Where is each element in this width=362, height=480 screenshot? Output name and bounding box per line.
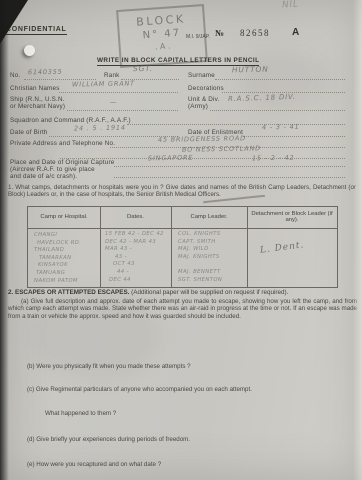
date-entry: 15 FEB 42 - DEC 42 <box>105 231 164 239</box>
camp-entry: TAMUANG <box>36 270 81 278</box>
question-2c-text: (c) Give Regimental particulars of anyon… <box>27 386 347 393</box>
leader-entry: MAJ. BENNETT <box>178 269 222 277</box>
unit-line <box>210 103 345 111</box>
serial-number-symbol: № <box>215 28 224 38</box>
ship-line <box>67 103 178 111</box>
camp-entry: CHANGI <box>34 232 81 240</box>
christian-names-value: WILLIAM GRANT <box>72 80 135 88</box>
column-header-block-leader: Detachment or Block Leader (if any). <box>249 211 335 224</box>
leader-entry: COL. KNIGHTS <box>178 231 222 239</box>
decorations-line <box>222 85 345 93</box>
punch-hole <box>24 45 35 56</box>
capture-place-value: SINGAPORE <box>148 155 193 163</box>
leader-entry: MAJ. KNIGHTS <box>178 254 222 262</box>
form-reference: M.I. 9/JAP. <box>186 34 210 40</box>
table-column-divider <box>247 207 248 287</box>
table-header-divider <box>28 228 337 229</box>
column-header-camp: Camp or Hospital. <box>28 214 100 220</box>
confidential-label: CONFIDENTIAL <box>6 26 67 35</box>
unit-label-2: (Army) <box>188 103 208 110</box>
decorations-label: Decorations <box>188 85 224 92</box>
capture-label: Place and Date of Original Capture <box>10 159 114 166</box>
question-2d-text: (d) Give briefly your experiences during… <box>27 436 347 443</box>
date-entry: 44 - <box>117 269 164 277</box>
camp-entry: NAKOM PATOM <box>34 278 81 286</box>
question-2-note: (Additional paper will be supplied on re… <box>129 289 288 296</box>
question-2a-text: (a) Give full description and approx. da… <box>8 298 357 320</box>
surname-label: Surname <box>188 72 215 79</box>
leader-entry: MAJ. WILD <box>178 246 222 254</box>
column-header-dates: Dates. <box>100 214 171 220</box>
unit-label: Unit & Div. <box>188 96 219 103</box>
date-of-birth-label: Date of Birth <box>10 129 48 136</box>
enlistment-value: 4 - 3 - 41 <box>262 124 300 132</box>
ship-value: — <box>110 99 117 106</box>
capture-line-2 <box>114 170 345 178</box>
page-edge-highlight <box>353 0 362 480</box>
question-2e-text: (e) How were you recaptured and on what … <box>27 461 347 468</box>
leader-entry: SGT. SHENTON <box>178 277 222 285</box>
camp-entries: CHANGI HAVELOCK RD. THAILAND TAMARKAN KI… <box>34 232 81 285</box>
camp-entry: THAILAND <box>34 247 81 255</box>
document-page: CONFIDENTIAL BLOCK N° 47 . A . M.I. 9/JA… <box>0 0 362 480</box>
no-value: 6140355 <box>28 69 63 77</box>
squadron-line <box>127 117 345 125</box>
pencil-nil-note: NIL <box>282 1 299 9</box>
date-entry: MAR 43 - <box>105 246 164 254</box>
scanned-document-photo: CONFIDENTIAL BLOCK N° 47 . A . M.I. 9/JA… <box>0 0 362 480</box>
camp-entry: KINSAYOK <box>38 262 81 270</box>
question-2b-text: (b) Were you physically fit when you mad… <box>27 363 347 370</box>
question-1-text: 1. What camps, detachments or hospitals … <box>8 184 356 199</box>
date-of-birth-value: 24 . 5 . 1914 <box>74 125 126 133</box>
question-2-heading: 2. ESCAPES OR ATTEMPTED ESCAPES. <box>8 289 129 296</box>
capture-label-2: (Aircrew R.A.F. to give place <box>10 166 95 173</box>
no-label: No. <box>10 72 20 79</box>
ship-label: Ship (R.N., U.S.N. <box>10 96 65 103</box>
serial-letter: A <box>292 27 299 38</box>
leader-entry <box>178 261 222 269</box>
date-entry: DEC 42 - MAR 43 <box>105 239 164 247</box>
question-2-title: 2. ESCAPES OR ATTEMPTED ESCAPES. (Additi… <box>8 289 288 296</box>
page-edge-shadow <box>0 0 9 480</box>
column-header-leader: Camp Leader. <box>171 214 247 220</box>
leader-entries: COL. KNIGHTS CAPT. SMITH MAJ. WILD MAJ. … <box>178 231 222 284</box>
date-entries: 15 FEB 42 - DEC 42 DEC 42 - MAR 43 MAR 4… <box>105 231 164 284</box>
date-entry: OCT 43 <box>113 261 164 269</box>
camp-entry: HAVELOCK RD. <box>37 240 81 248</box>
question-2c2-text: What happened to them ? <box>45 410 345 417</box>
christian-names-label: Christian Names <box>10 85 60 92</box>
leader-entry: CAPT. SMITH <box>178 239 222 247</box>
capture-label-3: and date of a/c crash). <box>10 173 77 180</box>
rank-label: Rank <box>104 72 120 79</box>
camp-entry: TAMARKAN <box>39 255 81 263</box>
ship-label-2: or Merchant Navy) <box>10 103 65 110</box>
block-leader-signature: L. Dent. <box>260 240 305 255</box>
surname-value: HUTTON <box>232 66 269 74</box>
rank-value: SGT. <box>133 65 153 72</box>
date-entry: 43 - <box>115 254 164 262</box>
address-value-2: BO'NESS SCOTLAND <box>182 145 261 153</box>
serial-number: 82658 <box>240 28 270 38</box>
address-label: Private Address and Telephone No. <box>10 140 115 147</box>
capture-date-value: 15 - 2 - 42 <box>252 155 295 163</box>
camps-table: Camp or Hospital. Dates. Camp Leader. De… <box>27 206 338 288</box>
date-entry: DEC 44 <box>109 277 164 285</box>
